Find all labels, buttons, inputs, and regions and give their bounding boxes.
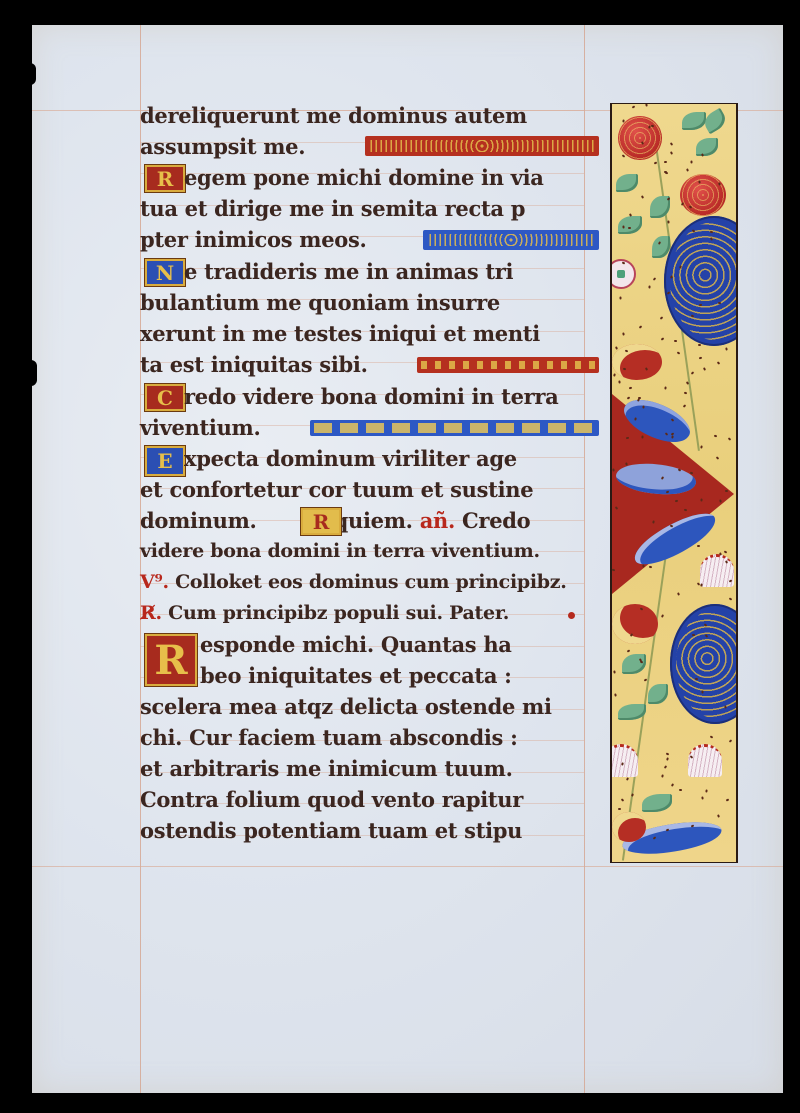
text-line: e tradideris me in animas tri [184, 256, 513, 287]
gold-ground-speckle [686, 168, 689, 171]
text-line: et confortetur cor tuum et sustine [140, 474, 533, 505]
gold-ground-speckle [660, 317, 664, 320]
gold-ground-speckle [638, 396, 641, 398]
gold-ground-speckle [710, 736, 714, 739]
gold-ground-speckle [705, 789, 707, 792]
gold-ground-speckle [615, 346, 618, 350]
acanthus-leaf-red [612, 812, 646, 842]
strawberry-icon [618, 116, 662, 160]
text-line: viventium. [140, 412, 261, 443]
text-line: tua et dirige me in semita recta p [140, 193, 525, 224]
gold-ground-speckle [623, 332, 626, 335]
text-line: R̸. Cum principibz populi sui. Pater. [140, 598, 509, 629]
text-line: chi. Cur faciem tuam abscondis : [140, 722, 518, 753]
gold-ground-speckle [683, 405, 687, 409]
gold-ground-speckle [717, 362, 721, 366]
gold-ground-speckle [664, 386, 666, 389]
gold-ground-speckle [667, 221, 669, 224]
gold-ground-speckle [625, 462, 628, 465]
leaf-icon [622, 654, 646, 674]
carnation-icon [610, 744, 638, 777]
blue-medallion [664, 216, 738, 346]
gold-ground-speckle [691, 371, 695, 375]
line-filler-red [417, 357, 599, 373]
gold-ground-speckle [697, 344, 700, 346]
leaf-icon [648, 684, 668, 704]
gold-ground-speckle [641, 195, 644, 199]
gold-ground-speckle [618, 380, 620, 383]
gold-ground-speckle [666, 758, 669, 761]
blue-medallion [670, 604, 738, 724]
initial-N: N [144, 258, 186, 287]
carnation-icon [688, 744, 722, 777]
gold-ground-speckle [674, 340, 677, 342]
gold-ground-speckle [613, 671, 615, 674]
gold-ground-speckle [670, 142, 673, 146]
line-filler-red [365, 136, 599, 156]
gold-ground-speckle [628, 387, 631, 390]
text-line: esponde michi. Quantas ha [200, 629, 512, 660]
leaf-icon [642, 794, 672, 812]
acanthus-leaf-red [612, 344, 662, 380]
initial-R: R [300, 507, 342, 536]
illuminated-border [610, 103, 738, 863]
gold-ground-speckle [725, 490, 728, 492]
initial-E: E [144, 445, 186, 477]
gold-ground-speckle [666, 753, 669, 756]
text-line: scelera mea atqz delicta ostende mi [140, 691, 552, 722]
gold-ground-speckle [679, 789, 682, 791]
line-filler-blue-gold [310, 420, 599, 436]
rubric-versicle: V⁹. [140, 571, 169, 593]
leaf-icon [682, 112, 706, 130]
text-line: ta est iniquitas sibi. [140, 349, 368, 380]
gold-ground-speckle [651, 124, 654, 127]
gold-ground-speckle [726, 799, 730, 802]
gold-ground-speckle [690, 161, 692, 164]
gold-ground-speckle [678, 592, 681, 595]
gold-ground-speckle [660, 338, 664, 341]
text-line: assumpsit me. [140, 131, 305, 162]
gold-ground-speckle [684, 392, 687, 395]
initial-R-large: R [144, 633, 198, 687]
gold-ground-speckle [626, 396, 630, 399]
gold-ground-speckle [661, 774, 664, 777]
text-line: egem pone michi domine in via [184, 162, 544, 193]
gold-ground-speckle [670, 524, 674, 527]
text-line: videre bona domini in terra viventium. [140, 536, 540, 567]
gold-ground-speckle [676, 351, 680, 354]
ruling-vertical-right [584, 25, 585, 1093]
gold-ground-speckle [646, 103, 648, 106]
text-line: et arbitraris me inimicum tuum. [140, 753, 513, 784]
gold-ground-speckle [652, 277, 655, 281]
torn-edge [30, 360, 37, 386]
gold-ground-speckle [701, 797, 703, 800]
gold-ground-speckle [664, 765, 667, 769]
gold-ground-speckle [631, 793, 634, 797]
text-line: beo iniquitates et peccata : [200, 660, 512, 691]
gold-ground-speckle [725, 347, 728, 350]
leaf-icon [696, 138, 718, 156]
line-filler-blue [423, 230, 599, 250]
gold-ground-speckle [729, 598, 733, 601]
gold-ground-speckle [699, 357, 702, 360]
gold-ground-speckle [719, 499, 722, 502]
gold-ground-speckle [664, 171, 667, 173]
gold-ground-speckle [661, 614, 664, 618]
acanthus-leaf-red [612, 604, 658, 644]
gold-ground-speckle [671, 783, 674, 787]
gold-ground-speckle [649, 285, 651, 288]
initial-C: C [144, 383, 186, 412]
gold-ground-speckle [697, 545, 700, 547]
gold-ground-speckle [729, 739, 733, 743]
text-line: ostendis potentiam tuam et stipu [140, 815, 522, 846]
ruling-horizontal-bottom [32, 866, 783, 867]
gold-ground-speckle [724, 705, 727, 708]
gold-ground-speckle [639, 325, 643, 328]
text-line: V⁹. Colloket eos dominus cum principibz. [140, 567, 567, 598]
text-line: xerunt in me testes iniqui et menti [140, 318, 540, 349]
gold-ground-speckle [700, 446, 702, 449]
strawberry-icon [680, 174, 726, 216]
gold-ground-speckle [724, 550, 728, 553]
gold-ground-speckle [618, 808, 621, 810]
gold-ground-speckle [613, 373, 616, 376]
text-line: xpecta dominum viriliter age [184, 443, 517, 474]
gold-ground-speckle [621, 155, 625, 158]
rubric-antiphon: añ. [420, 508, 455, 533]
gold-ground-speckle [648, 565, 651, 568]
text-line: redo videre bona domini in terra [184, 381, 558, 412]
gold-ground-speckle [670, 151, 673, 155]
gold-ground-speckle [614, 693, 617, 696]
gold-ground-speckle [626, 777, 629, 781]
initial-R: R [144, 164, 186, 193]
text-line: Contra folium quod vento rapitur [140, 784, 523, 815]
gold-ground-speckle [701, 690, 703, 693]
text-line: bulantium me quoniam insurre [140, 287, 500, 318]
gold-ground-speckle [621, 798, 625, 802]
text-line: pter inimicos meos. [140, 224, 367, 255]
gold-ground-speckle [664, 160, 667, 162]
gold-ground-speckle [642, 405, 644, 408]
gold-ground-speckle [714, 435, 717, 438]
rubric-response: R̸. [140, 602, 162, 624]
gold-ground-speckle [619, 296, 621, 299]
text-line: dereliquerunt me dominus autem [140, 100, 527, 131]
rubric-dot [568, 612, 575, 619]
gold-ground-speckle [627, 650, 631, 653]
gold-ground-speckle [631, 106, 635, 109]
gold-ground-speckle [716, 456, 720, 460]
gold-ground-speckle [728, 437, 732, 440]
gold-ground-speckle [622, 119, 624, 122]
gold-ground-speckle [703, 367, 706, 371]
leaf-icon [616, 174, 638, 192]
gold-ground-speckle [710, 230, 713, 232]
gold-ground-speckle [717, 814, 720, 818]
